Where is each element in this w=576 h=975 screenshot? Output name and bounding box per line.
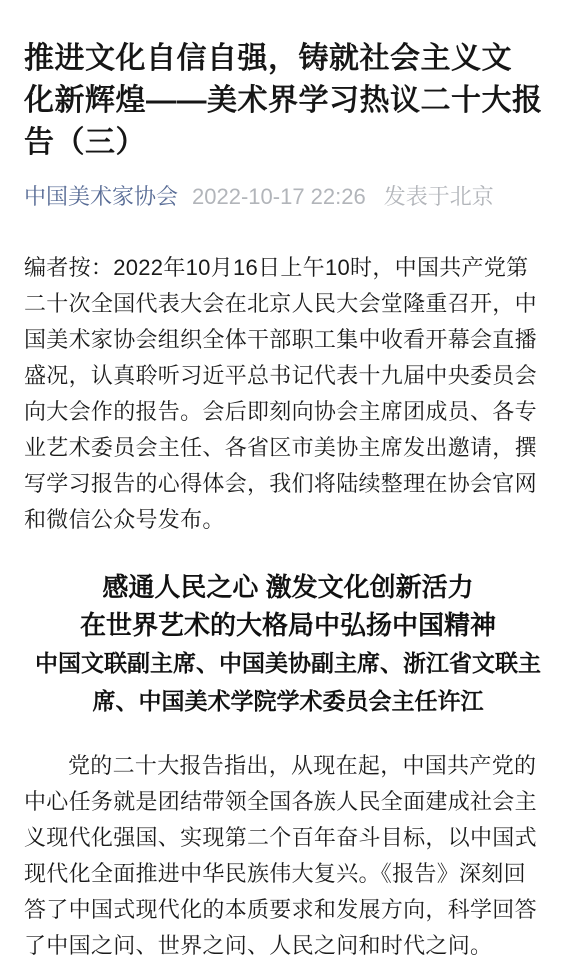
editor-note-paragraph: 编者按：2022年10月16日上午10时，中国共产党第 二十次全国代表大会在北京… [24,250,552,538]
publish-location: 发表于北京 [384,184,494,209]
publish-datetime: 2022-10-17 22:26 [192,184,366,209]
section-heading: 感通人民之心 激发文化创新活力 在世界艺术的大格局中弘扬中国精神 [24,568,552,644]
account-link[interactable]: 中国美术家协会 [24,184,178,209]
body-paragraph: 党的二十大报告指出，从现在起，中国共产党的 中心任务就是团结带领全国各族人民全面… [24,748,552,964]
article-meta-row: 中国美术家协会2022-10-17 22:26发表于北京 [24,182,552,212]
article-title: 推进文化自信自强，铸就社会主义文 化新辉煌——美术界学习热议二十大报 告（三） [24,38,552,164]
section-author-affiliation: 中国文联副主席、中国美协副主席、浙江省文联主 席、中国美术学院学术委员会主任许江 [24,644,552,720]
article-page: 推进文化自信自强，铸就社会主义文 化新辉煌——美术界学习热议二十大报 告（三） … [0,0,576,975]
section-heading-block: 感通人民之心 激发文化创新活力 在世界艺术的大格局中弘扬中国精神 中国文联副主席… [24,568,552,720]
